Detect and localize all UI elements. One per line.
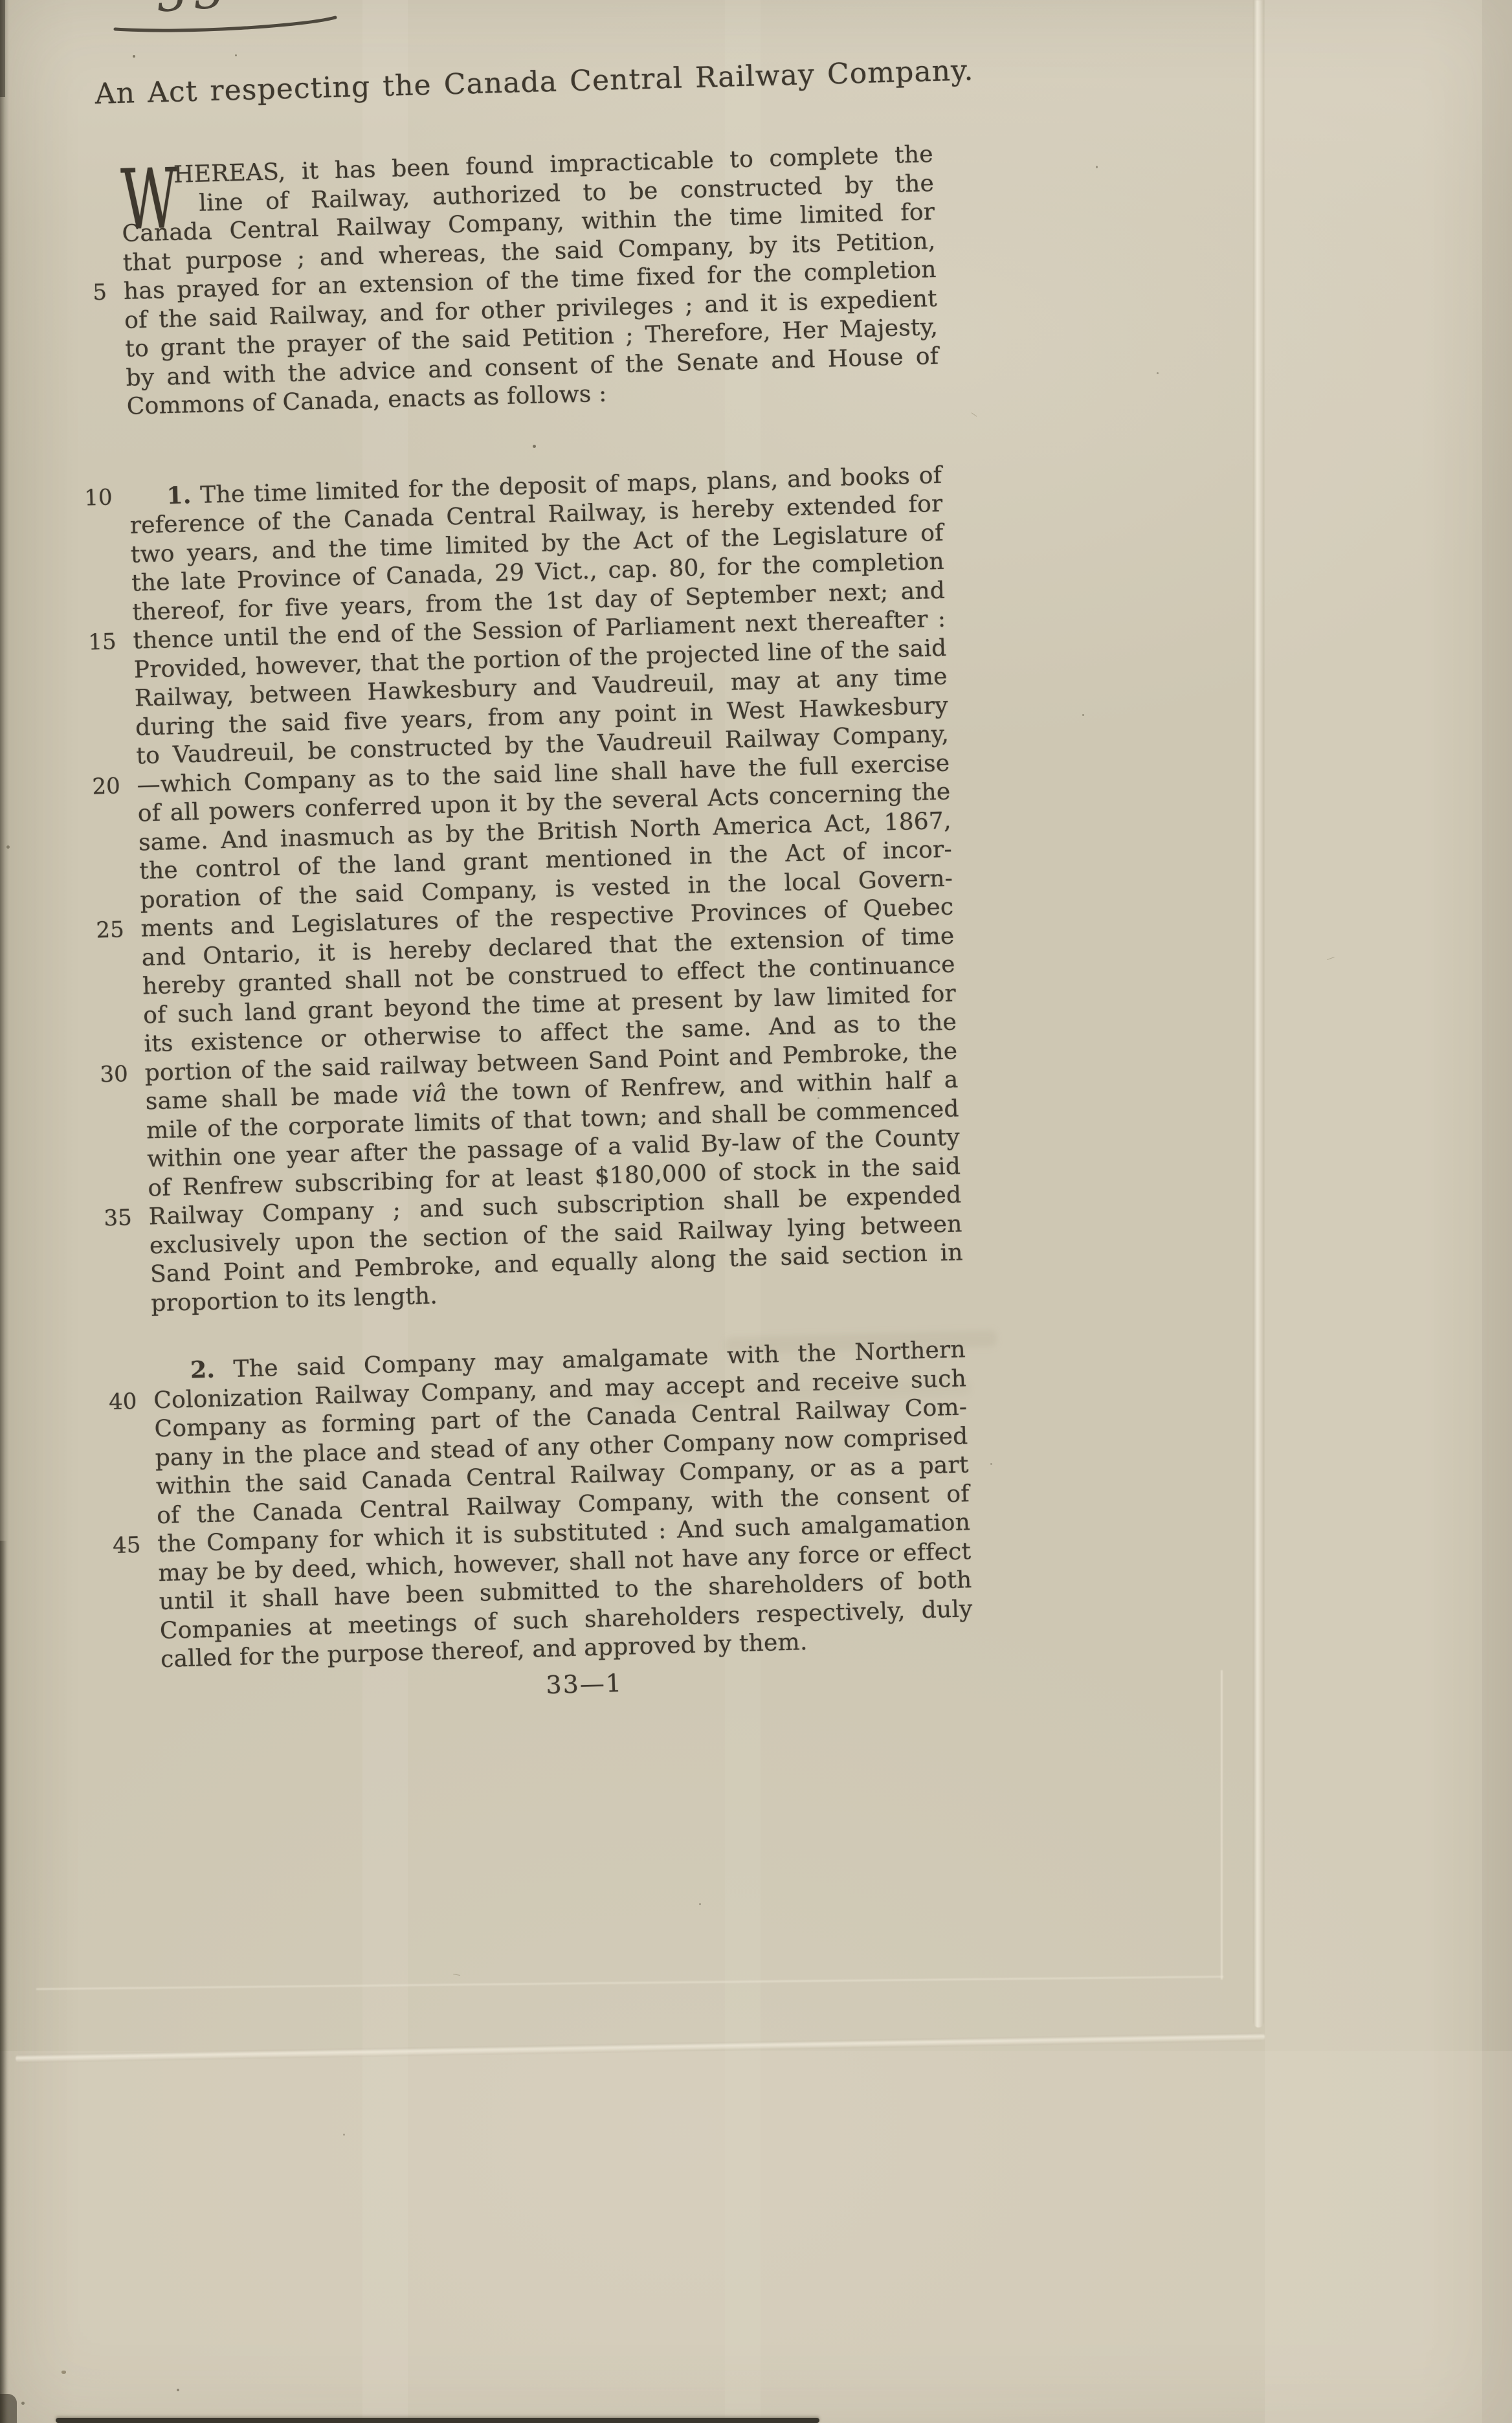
paper-speck <box>61 2371 66 2374</box>
line-number <box>49 191 122 222</box>
scan-edge-bottom <box>56 2418 819 2423</box>
line-number: 20 <box>64 771 137 802</box>
paper-speck <box>343 2134 345 2136</box>
line-number <box>69 972 142 1003</box>
line-number: 15 <box>60 627 133 658</box>
line-number <box>74 1117 147 1148</box>
text-block: WHEREAS, it has been found impracticable… <box>48 140 974 1677</box>
paper-speck <box>990 1463 992 1465</box>
line-number <box>63 743 137 774</box>
line-number <box>61 656 134 687</box>
handwritten-mark: 33 <box>110 0 693 40</box>
line-number <box>76 1232 150 1263</box>
paper-speck <box>177 2389 179 2391</box>
paragraph: WHEREAS, it has been found impracticable… <box>48 140 940 423</box>
line-number <box>80 1357 153 1389</box>
line-number <box>48 162 121 194</box>
line-number <box>50 249 123 280</box>
line-number <box>67 858 140 889</box>
paper-speck <box>1096 166 1098 168</box>
line-number <box>61 685 135 716</box>
line-number <box>82 1415 155 1446</box>
line-number <box>58 541 131 572</box>
line-number <box>52 306 125 337</box>
paragraph: 101. The time limited for the deposit of… <box>56 460 964 1320</box>
line-number <box>63 713 136 744</box>
line-number: 45 <box>85 1530 158 1561</box>
line-number <box>82 1444 155 1475</box>
line-number <box>78 1260 151 1291</box>
line-number <box>59 570 132 601</box>
document-page: An Act respecting the Canada Central Rai… <box>45 54 975 1712</box>
paper-speck <box>1082 714 1084 716</box>
line-number <box>69 944 142 975</box>
line-number <box>65 800 138 831</box>
paper-speck <box>235 54 237 56</box>
line-number <box>71 1030 144 1061</box>
line-number: 35 <box>76 1203 149 1234</box>
line-number <box>52 335 126 366</box>
line-number <box>65 829 139 860</box>
scan-edge-top-left <box>0 0 5 97</box>
paragraph: 2. The said Company may amalgamate with … <box>80 1335 974 1676</box>
paper-speck <box>1157 372 1159 374</box>
line-number <box>53 364 126 395</box>
line-number <box>72 1088 146 1119</box>
binding-edge-left-lower <box>0 1541 7 2423</box>
line-number <box>84 1502 157 1533</box>
line-number <box>71 1001 144 1033</box>
paper-speck <box>21 2402 25 2405</box>
drop-cap: W <box>120 161 179 239</box>
paper-speck <box>699 1903 701 1905</box>
line-number <box>87 1617 160 1648</box>
line-number: 10 <box>56 482 129 514</box>
line-number <box>86 1588 159 1619</box>
line-number <box>88 1646 161 1677</box>
page-crease-faint-vertical <box>1221 1670 1223 1980</box>
line-number: 40 <box>81 1387 154 1418</box>
line-number <box>85 1559 159 1591</box>
line-number: 30 <box>72 1059 145 1090</box>
scan-corner-shadow <box>0 2394 17 2423</box>
line-number <box>83 1473 156 1504</box>
line-number: 25 <box>68 915 141 946</box>
handwritten-underline <box>110 0 498 40</box>
line-number <box>75 1174 148 1205</box>
line-number <box>60 598 133 629</box>
line-number <box>78 1290 151 1321</box>
paper-speck <box>133 55 135 58</box>
page-edge-vertical <box>1253 0 1264 2027</box>
paper-speck <box>6 845 10 849</box>
line-number <box>74 1145 148 1176</box>
line-number: 5 <box>50 278 124 309</box>
line-number <box>67 886 140 917</box>
line-number <box>49 220 122 251</box>
under-sheet-bottom <box>0 2051 1512 2423</box>
line-number <box>57 512 130 543</box>
line-number <box>54 393 127 424</box>
